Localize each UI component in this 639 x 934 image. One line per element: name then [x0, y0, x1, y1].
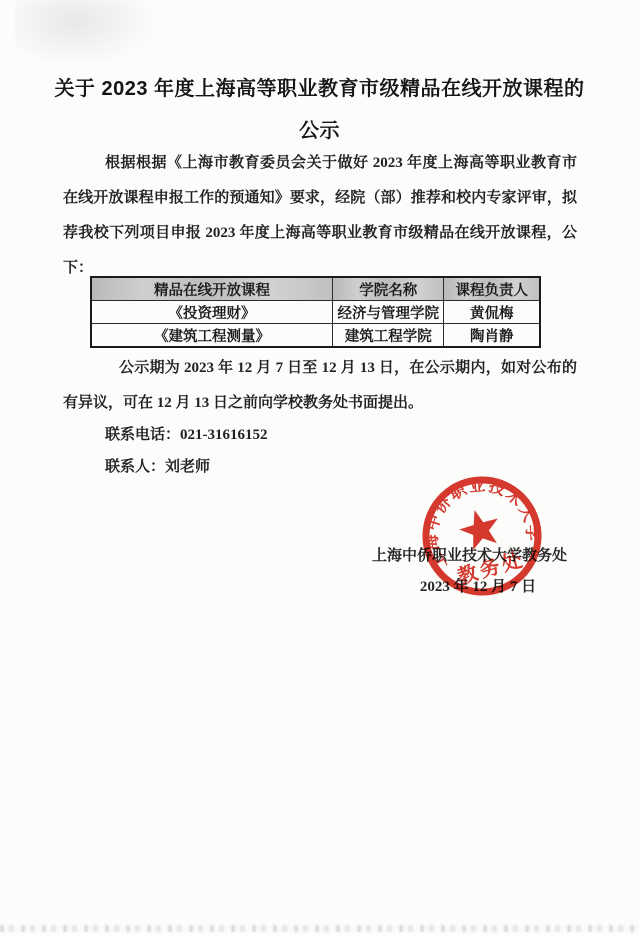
course-table: 精品在线开放课程 学院名称 课程负责人 《投资理财》 经济与管理学院 黄侃梅 《…	[90, 276, 541, 348]
contact-phone-text: 联系电话：021-31616152	[63, 418, 577, 453]
paragraph-line: 根据根据《上海市教育委员会关于做好 2023 年度上海高等职业教育市级精品	[63, 146, 577, 181]
paragraph-publicity-period: 公示期为 2023 年 12 月 7 日至 12 月 13 日，在公示期内，如对…	[63, 351, 577, 421]
contact-person-text: 联系人：刘老师	[63, 450, 577, 485]
cell-course: 《建筑工程测量》	[91, 324, 333, 348]
cell-leader: 陶肖静	[444, 324, 540, 348]
column-header-leader: 课程负责人	[444, 277, 540, 301]
scan-smudge	[15, 0, 165, 70]
cell-course: 《投资理财》	[91, 301, 333, 324]
paragraph-line: 有异议，可在 12 月 13 日之前向学校教务处书面提出。	[63, 386, 577, 421]
signature-date: 2023 年 12 月 7 日	[408, 575, 548, 596]
column-header-college: 学院名称	[333, 277, 444, 301]
cell-college: 经济与管理学院	[333, 301, 444, 324]
document-page: 关于 2023 年度上海高等职业教育市级精品在线开放课程的 公示 根据根据《上海…	[0, 0, 639, 934]
paragraph-line: 公示期为 2023 年 12 月 7 日至 12 月 13 日，在公示期内，如对…	[63, 351, 577, 386]
column-header-course: 精品在线开放课程	[91, 277, 333, 301]
table-header-row: 精品在线开放课程 学院名称 课程负责人	[91, 277, 540, 301]
table-row: 《建筑工程测量》 建筑工程学院 陶肖静	[91, 324, 540, 348]
page-title-line1: 关于 2023 年度上海高等职业教育市级精品在线开放课程的	[40, 68, 599, 110]
signature-department: 上海中侨职业技术大学教务处	[372, 544, 552, 565]
contact-person-line: 联系人：刘老师	[63, 450, 577, 485]
contact-phone-line: 联系电话：021-31616152	[63, 418, 577, 453]
cell-college: 建筑工程学院	[333, 324, 444, 348]
cell-leader: 黄侃梅	[444, 301, 540, 324]
paragraph-intro: 根据根据《上海市教育委员会关于做好 2023 年度上海高等职业教育市级精品 在线…	[63, 146, 577, 286]
page-title: 关于 2023 年度上海高等职业教育市级精品在线开放课程的 公示	[40, 68, 599, 152]
scan-edge-artifact	[0, 925, 639, 932]
paragraph-line: 荐我校下列项目申报 2023 年度上海高等职业教育市级精品在线开放课程，公示如	[63, 216, 577, 251]
paragraph-line: 在线开放课程申报工作的预通知》要求，经院（部）推荐和校内专家评审，拟推	[63, 181, 577, 216]
table-row: 《投资理财》 经济与管理学院 黄侃梅	[91, 301, 540, 324]
